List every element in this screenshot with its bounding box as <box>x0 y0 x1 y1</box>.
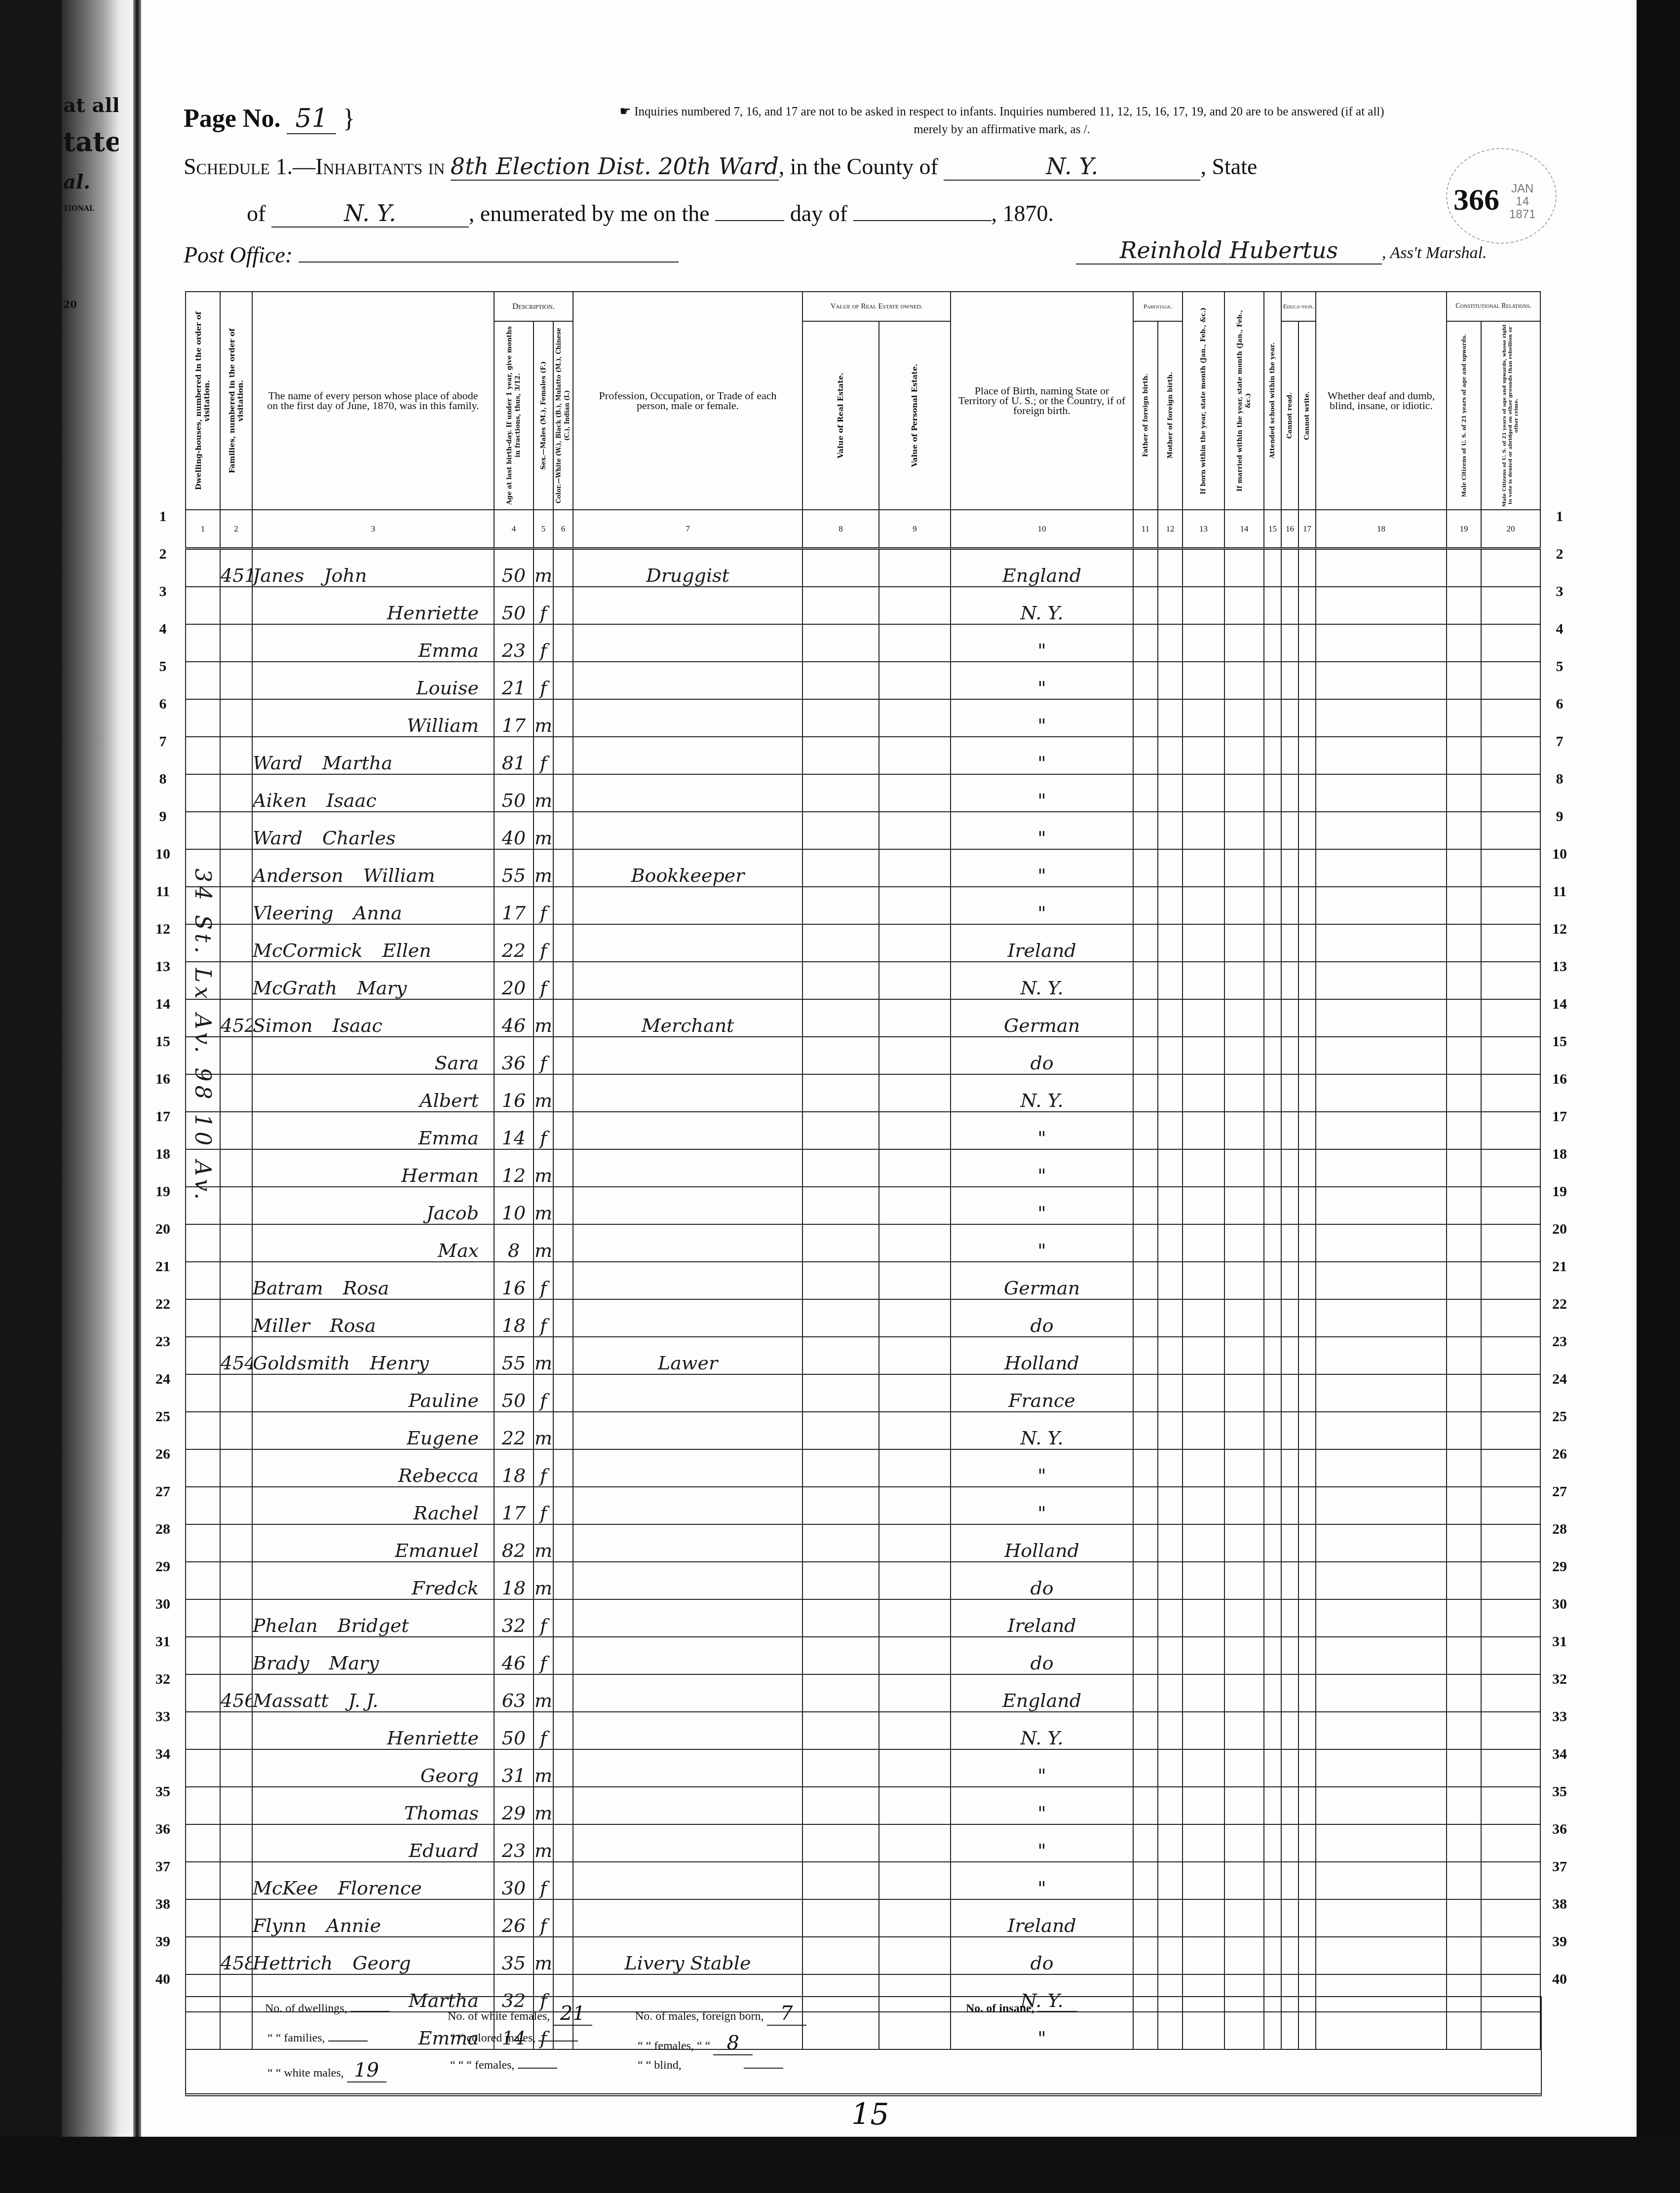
empty-cell <box>1316 699 1447 737</box>
empty-cell <box>1264 1524 1281 1562</box>
family-number-cell <box>220 1637 252 1674</box>
dwelling-cell <box>186 1824 220 1862</box>
empty-cell <box>1264 1937 1281 1974</box>
empty-cell <box>1264 699 1281 737</box>
real-estate-cell <box>802 624 879 662</box>
given-name: Max <box>438 1240 479 1261</box>
day-field <box>715 220 784 221</box>
empty-cell <box>1133 1562 1158 1599</box>
empty-cell <box>1316 774 1447 812</box>
empty-cell <box>1447 1599 1481 1637</box>
line-number: 5 <box>1545 658 1574 675</box>
table-row: Herman12m" <box>186 1149 1540 1187</box>
sex-cell: f <box>534 1262 553 1299</box>
empty-cell <box>1264 1599 1281 1637</box>
occupation-cell <box>573 1712 802 1749</box>
personal-estate-cell <box>879 1712 951 1749</box>
empty-cell <box>1316 624 1447 662</box>
dwelling-cell <box>186 1224 220 1262</box>
empty-cell <box>1447 1112 1481 1149</box>
empty-cell <box>1224 1599 1264 1637</box>
dwelling-cell <box>186 1449 220 1487</box>
real-estate-cell <box>802 1787 879 1824</box>
sex-cell: f <box>534 1112 553 1149</box>
birthplace-cell: " <box>951 1862 1133 1899</box>
col19-header: Male Citizens of U. S. of 21 years of ag… <box>1447 321 1481 510</box>
personal-estate-cell <box>879 1374 951 1412</box>
occupation-cell <box>573 924 802 962</box>
empty-cell <box>1264 1674 1281 1712</box>
constitutional-group-header: Constitutional Relations. <box>1447 292 1540 321</box>
empty-cell <box>1133 1862 1158 1899</box>
age-cell: 55 <box>494 1337 534 1374</box>
age-cell: 18 <box>494 1299 534 1337</box>
occupation-cell <box>573 1487 802 1524</box>
real-estate-cell <box>802 699 879 737</box>
empty-cell <box>1264 549 1281 587</box>
surname: McCormick <box>253 940 363 961</box>
empty-cell <box>1447 1749 1481 1787</box>
given-name: Isaac <box>327 790 377 811</box>
age-cell: 46 <box>494 999 534 1037</box>
empty-cell <box>1264 1862 1281 1899</box>
empty-cell <box>1264 1712 1281 1749</box>
surname: Vleering <box>253 902 334 924</box>
family-number-cell: 454 <box>220 1337 252 1374</box>
empty-cell <box>1298 1524 1316 1562</box>
birthplace-cell: " <box>951 1112 1133 1149</box>
empty-cell <box>1224 962 1264 999</box>
empty-cell <box>1224 1449 1264 1487</box>
sex-cell: f <box>534 1037 553 1074</box>
dwelling-cell <box>186 1337 220 1374</box>
empty-cell <box>1481 737 1540 774</box>
color-cell <box>553 1824 573 1862</box>
real-estate-cell <box>802 1562 879 1599</box>
line-number: 3 <box>148 583 178 600</box>
empty-cell <box>1447 1224 1481 1262</box>
empty-cell <box>1264 1337 1281 1374</box>
empty-cell <box>1316 1562 1447 1599</box>
empty-cell <box>1447 587 1481 624</box>
sex-cell: m <box>534 1824 553 1862</box>
line-number: 9 <box>148 808 178 825</box>
empty-cell <box>1133 587 1158 624</box>
real-estate-cell <box>802 1449 879 1487</box>
prev-page-fragment: 20 <box>63 299 77 310</box>
surname: Goldsmith <box>253 1352 350 1374</box>
sex-cell: f <box>534 662 553 699</box>
color-cell <box>553 887 573 924</box>
occupation-cell: Bookkeeper <box>573 849 802 887</box>
line-number: 36 <box>1545 1821 1574 1838</box>
table-row: Jacob10m" <box>186 1187 1540 1224</box>
empty-cell <box>1281 924 1298 962</box>
empty-cell <box>1183 1262 1224 1299</box>
real-estate-cell <box>802 1637 879 1674</box>
given-name: Emma <box>419 1127 479 1149</box>
education-group-header: Educa-tion. <box>1281 292 1316 321</box>
given-name: William <box>407 715 479 736</box>
empty-cell <box>1481 1524 1540 1562</box>
empty-cell <box>1158 1149 1183 1187</box>
empty-cell <box>1158 1524 1183 1562</box>
line-number: 14 <box>1545 996 1574 1013</box>
empty-cell <box>1183 1299 1224 1337</box>
name-cell: Emma <box>252 1112 494 1149</box>
empty-cell <box>1133 1449 1158 1487</box>
color-cell <box>553 1262 573 1299</box>
age-cell: 63 <box>494 1674 534 1712</box>
line-number: 7 <box>1545 733 1574 750</box>
empty-cell <box>1298 962 1316 999</box>
sex-cell: f <box>534 587 553 624</box>
birthplace-cell: " <box>951 1487 1133 1524</box>
empty-cell <box>1183 1374 1224 1412</box>
line-number: 12 <box>1545 921 1574 938</box>
surname: Massatt <box>253 1690 329 1711</box>
given-name: Jacob <box>426 1202 479 1224</box>
birthplace-cell: Holland <box>951 1337 1133 1374</box>
given-name: Bridget <box>338 1615 409 1636</box>
age-cell: 18 <box>494 1562 534 1599</box>
empty-cell <box>1298 924 1316 962</box>
name-cell: William <box>252 699 494 737</box>
schedule-line: Schedule 1.—Inhabitants in 8th Election … <box>184 153 1257 181</box>
white-females-count: 21 <box>553 2002 592 2026</box>
occupation-cell <box>573 812 802 849</box>
empty-cell <box>1264 1224 1281 1262</box>
table-row: McCormickEllen22fIreland <box>186 924 1540 962</box>
empty-cell <box>1183 1674 1224 1712</box>
table-row: AndersonWilliam55mBookkeeper" <box>186 849 1540 887</box>
dwelling-cell <box>186 1562 220 1599</box>
empty-cell <box>1316 962 1447 999</box>
line-number: 40 <box>1545 1971 1574 1988</box>
family-number-cell <box>220 812 252 849</box>
given-name: Sara <box>434 1052 479 1074</box>
table-row: 458HettrichGeorg35mLivery Stabledo <box>186 1937 1540 1974</box>
birthplace-cell: England <box>951 549 1133 587</box>
name-cell: Louise <box>252 662 494 699</box>
empty-cell <box>1316 1037 1447 1074</box>
empty-cell <box>1481 1562 1540 1599</box>
empty-cell <box>1481 1074 1540 1112</box>
line-number: 35 <box>1545 1783 1574 1800</box>
description-group-header: Description. <box>494 292 573 321</box>
empty-cell <box>1133 1637 1158 1674</box>
empty-cell <box>1316 924 1447 962</box>
line-number: 18 <box>1545 1146 1574 1163</box>
empty-cell <box>1316 1787 1447 1824</box>
empty-cell <box>1281 1299 1298 1337</box>
line-number: 4 <box>1545 621 1574 638</box>
empty-cell <box>1447 1899 1481 1937</box>
empty-cell <box>1281 1637 1298 1674</box>
empty-cell <box>1133 1412 1158 1449</box>
empty-cell <box>1316 1937 1447 1974</box>
occupation-cell <box>573 1074 802 1112</box>
table-row: 452SimonIsaac46mMerchantGerman <box>186 999 1540 1037</box>
real-estate-cell <box>802 887 879 924</box>
colored-females-summary: “ “ “ females, <box>450 2059 557 2072</box>
white-females-summary: No. of white females, 21 <box>448 2002 592 2026</box>
color-cell <box>553 1149 573 1187</box>
empty-cell <box>1316 1112 1447 1149</box>
occupation-cell <box>573 1599 802 1637</box>
surname: Ward <box>253 752 303 774</box>
name-cell: Sara <box>252 1037 494 1074</box>
age-cell: 82 <box>494 1524 534 1562</box>
personal-estate-cell <box>879 999 951 1037</box>
empty-cell <box>1224 1674 1264 1712</box>
age-cell: 46 <box>494 1637 534 1674</box>
prev-page-fragment: al. <box>63 170 90 193</box>
line-number: 7 <box>148 733 178 750</box>
given-name: Georg <box>420 1765 479 1786</box>
sex-cell: m <box>534 1562 553 1599</box>
empty-cell <box>1316 1412 1447 1449</box>
birthplace-cell: Ireland <box>951 1599 1133 1637</box>
foreign-males-count: 7 <box>767 2002 806 2026</box>
color-cell <box>553 1787 573 1824</box>
birthplace-cell: England <box>951 1674 1133 1712</box>
empty-cell <box>1281 1412 1298 1449</box>
occupation-cell <box>573 1187 802 1224</box>
occupation-cell <box>573 962 802 999</box>
personal-estate-cell <box>879 549 951 587</box>
surname: Hettrich <box>253 1952 333 1974</box>
empty-cell <box>1133 699 1158 737</box>
col6-header: Color.—White (W.), Black (B.), Mulatto (… <box>553 321 573 510</box>
line-number: 22 <box>1545 1296 1574 1313</box>
empty-cell <box>1224 924 1264 962</box>
prev-page-fragment: TIONAL <box>63 205 94 213</box>
empty-cell <box>1316 1449 1447 1487</box>
empty-cell <box>1281 1449 1298 1487</box>
empty-cell <box>1183 774 1224 812</box>
empty-cell <box>1183 1412 1224 1449</box>
birthplace-cell: " <box>951 1824 1133 1862</box>
birthplace-cell: do <box>951 1637 1133 1674</box>
empty-cell <box>1264 774 1281 812</box>
real-estate-cell <box>802 1299 879 1337</box>
line-number: 28 <box>1545 1521 1574 1538</box>
empty-cell <box>1264 1562 1281 1599</box>
surname: Miller <box>253 1315 310 1336</box>
empty-cell <box>1224 1299 1264 1337</box>
family-number-cell <box>220 699 252 737</box>
empty-cell <box>1447 737 1481 774</box>
line-number: 18 <box>148 1146 178 1163</box>
empty-cell <box>1316 1187 1447 1224</box>
real-estate-cell <box>802 1712 879 1749</box>
col18-header: Whether deaf and dumb, blind, insane, or… <box>1316 292 1447 510</box>
birthplace-cell: " <box>951 624 1133 662</box>
family-number-cell <box>220 1524 252 1562</box>
color-cell <box>553 812 573 849</box>
given-name: Emma <box>419 640 479 661</box>
color-cell <box>553 1449 573 1487</box>
table-row: PhelanBridget32fIreland <box>186 1599 1540 1637</box>
age-cell: 17 <box>494 699 534 737</box>
empty-cell <box>1264 624 1281 662</box>
empty-cell <box>1281 1112 1298 1149</box>
empty-cell <box>1281 662 1298 699</box>
sex-cell: m <box>534 1187 553 1224</box>
empty-cell <box>1298 1449 1316 1487</box>
occupation-cell <box>573 1037 802 1074</box>
empty-cell <box>1281 737 1298 774</box>
col20-header: Male Citizens of U. S. of 21 years of ag… <box>1481 321 1540 510</box>
empty-cell <box>1224 1937 1264 1974</box>
empty-cell <box>1224 549 1264 587</box>
instructions-notice: ☛ Inquiries numbered 7, 16, and 17 are n… <box>474 103 1530 139</box>
empty-cell <box>1481 624 1540 662</box>
empty-cell <box>1447 549 1481 587</box>
age-cell: 17 <box>494 887 534 924</box>
empty-cell <box>1298 624 1316 662</box>
empty-cell <box>1158 1412 1183 1449</box>
line-number: 8 <box>1545 771 1574 788</box>
empty-cell <box>1264 924 1281 962</box>
empty-cell <box>1481 1224 1540 1262</box>
real-estate-cell <box>802 1749 879 1787</box>
empty-cell <box>1316 887 1447 924</box>
empty-cell <box>1298 1562 1316 1599</box>
empty-cell <box>1481 1187 1540 1224</box>
table-row: Thomas29m" <box>186 1787 1540 1824</box>
dwelling-cell <box>186 587 220 624</box>
family-number-cell <box>220 924 252 962</box>
empty-cell <box>1158 1074 1183 1112</box>
birthplace-cell: " <box>951 699 1133 737</box>
given-name: Martha <box>322 752 392 774</box>
empty-cell <box>1264 1187 1281 1224</box>
name-cell: Emanuel <box>252 1524 494 1562</box>
age-cell: 17 <box>494 1487 534 1524</box>
empty-cell <box>1264 1149 1281 1187</box>
color-cell <box>553 1899 573 1937</box>
empty-cell <box>1158 924 1183 962</box>
personal-estate-cell <box>879 587 951 624</box>
empty-cell <box>1133 1487 1158 1524</box>
name-cell: WardMartha <box>252 737 494 774</box>
empty-cell <box>1316 1337 1447 1374</box>
table-row: Max8m" <box>186 1224 1540 1262</box>
empty-cell <box>1158 1037 1183 1074</box>
empty-cell <box>1298 1187 1316 1224</box>
occupation-cell: Merchant <box>573 999 802 1037</box>
empty-cell <box>1133 1149 1158 1187</box>
personal-estate-cell <box>879 1599 951 1637</box>
empty-cell <box>1281 1374 1298 1412</box>
dwellings-summary: No. of dwellings, <box>265 2002 390 2015</box>
empty-cell <box>1224 887 1264 924</box>
personal-estate-cell <box>879 887 951 924</box>
marshal-line: Reinhold Hubertus, Ass't Marshal. <box>1076 237 1487 265</box>
color-cell <box>553 1524 573 1562</box>
empty-cell <box>1224 1262 1264 1299</box>
name-cell: AikenIsaac <box>252 774 494 812</box>
empty-cell <box>1447 1337 1481 1374</box>
summary-footer: No. of dwellings, “ “ families, “ “ whit… <box>185 1996 1542 2096</box>
name-cell: PhelanBridget <box>252 1599 494 1637</box>
empty-cell <box>1183 1862 1224 1899</box>
line-number: 15 <box>148 1033 178 1050</box>
dwelling-cell <box>186 1674 220 1712</box>
empty-cell <box>1158 849 1183 887</box>
empty-cell <box>1158 549 1183 587</box>
empty-cell <box>1183 1712 1224 1749</box>
empty-cell <box>1133 1599 1158 1637</box>
empty-cell <box>1264 962 1281 999</box>
surname: Aiken <box>253 790 307 811</box>
empty-cell <box>1481 1299 1540 1337</box>
line-number: 12 <box>148 921 178 938</box>
col2-header: Families, numbered in the order of visit… <box>220 292 252 510</box>
surname: Phelan <box>253 1615 318 1636</box>
empty-cell <box>1298 1112 1316 1149</box>
empty-cell <box>1447 1299 1481 1337</box>
empty-cell <box>1316 1824 1447 1862</box>
empty-cell <box>1481 1787 1540 1824</box>
real-estate-cell <box>802 1899 879 1937</box>
empty-cell <box>1281 1074 1298 1112</box>
empty-cell <box>1481 549 1540 587</box>
empty-cell <box>1481 1412 1540 1449</box>
empty-cell <box>1298 774 1316 812</box>
family-number-cell <box>220 1224 252 1262</box>
empty-cell <box>1298 1599 1316 1637</box>
col14-header: If married within the year, state month … <box>1224 292 1264 510</box>
empty-cell <box>1281 1599 1298 1637</box>
empty-cell <box>1264 849 1281 887</box>
name-cell: SimonIsaac <box>252 999 494 1037</box>
color-cell <box>553 1599 573 1637</box>
sex-cell: m <box>534 1149 553 1187</box>
line-number: 10 <box>148 846 178 863</box>
sex-cell: f <box>534 1862 553 1899</box>
sex-cell: m <box>534 1074 553 1112</box>
color-cell <box>553 1637 573 1674</box>
table-row: Fredck18mdo <box>186 1562 1540 1599</box>
occupation-cell <box>573 1674 802 1712</box>
line-number: 1 <box>148 508 178 525</box>
empty-cell <box>1183 924 1224 962</box>
empty-cell <box>1158 1749 1183 1787</box>
dwelling-cell <box>186 662 220 699</box>
empty-cell <box>1298 699 1316 737</box>
empty-cell <box>1133 1187 1158 1224</box>
name-cell: MillerRosa <box>252 1299 494 1337</box>
occupation-cell <box>573 1749 802 1787</box>
sex-cell: f <box>534 624 553 662</box>
empty-cell <box>1224 1074 1264 1112</box>
occupation-cell <box>573 737 802 774</box>
age-cell: 12 <box>494 1149 534 1187</box>
empty-cell <box>1224 1337 1264 1374</box>
dwelling-cell <box>186 1749 220 1787</box>
line-number: 37 <box>1545 1858 1574 1875</box>
dwelling-cell <box>186 1412 220 1449</box>
empty-cell <box>1447 1037 1481 1074</box>
birthplace-cell: " <box>951 887 1133 924</box>
empty-cell <box>1158 1299 1183 1337</box>
color-cell <box>553 924 573 962</box>
empty-cell <box>1316 1674 1447 1712</box>
personal-estate-cell <box>879 924 951 962</box>
